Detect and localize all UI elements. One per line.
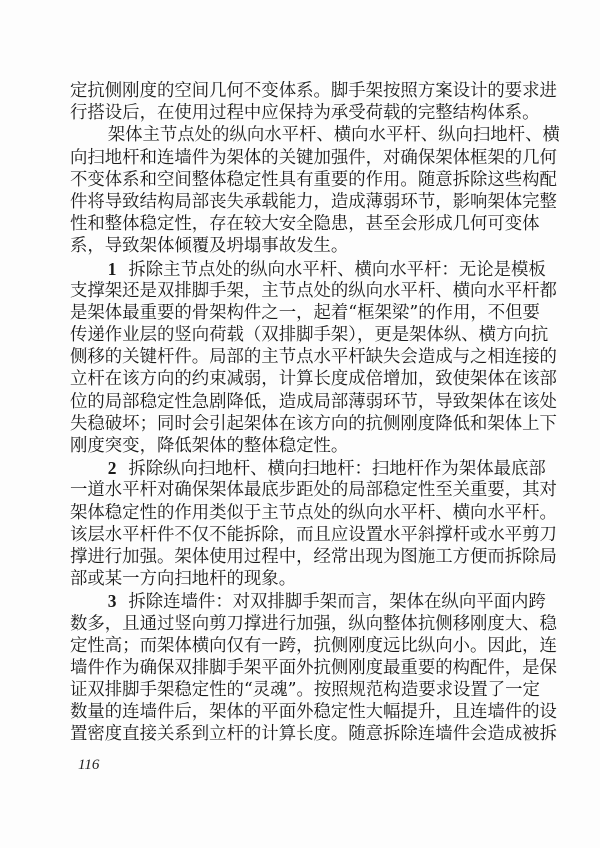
text-line: 性和整体稳定性，存在较大安全隐患，甚至会形成几何可变体 [70,213,485,235]
text-line: 是架体最重要的骨架构件之一，起着“框架梁”的作用，不但要 [70,302,485,324]
page-number: 116 [78,757,99,774]
text-line: 架体主节点处的纵向水平杆、横向水平杆、纵向扫地杆、横 [70,124,485,146]
text-line: 行搭设后，在使用过程中应保持为承受荷载的完整结构体系。 [70,102,485,124]
text-line: 置密度直接关系到立杆的计算长度。随意拆除连墙件会造成被拆 [70,723,485,745]
text-line: 侧移的关键杆件。局部的主节点水平杆缺失会造成与之相连接的 [70,346,485,368]
numbered-item-2: 2拆除纵向扫地杆、横向扫地杆：扫地杆作为架体最底部 一道水平杆对确保架体最底步距… [70,457,485,590]
text-line: 件将导致结构局部丧失承载能力，造成薄弱环节，影响架体完整 [70,191,485,213]
text-line: 定抗侧刚度的空间几何不变体系。脚手架按照方案设计的要求进 [70,80,485,102]
text-line: 证双排脚手架稳定性的“灵魂”。按照规范构造要求设置了一定 [70,679,485,701]
item-number: 3 [108,591,117,611]
text-line: 部或某一方向扫地杆的现象。 [70,568,485,590]
item-heading-text: 拆除纵向扫地杆、横向扫地杆：扫地杆作为架体最底部 [128,459,545,479]
text-line: 数多，且通过竖向剪刀撑进行加强，纵向整体抗侧移刚度大、稳 [70,613,485,635]
item-heading-text: 拆除主节点处的纵向水平杆、横向水平杆：无论是模板 [128,260,545,280]
text-line: 一道水平杆对确保架体最底步距处的局部稳定性至关重要，其对 [70,479,485,501]
text-line: 2拆除纵向扫地杆、横向扫地杆：扫地杆作为架体最底部 [70,457,485,479]
text-line: 传递作业层的竖向荷载（双排脚手架），更是架体纵、横方向抗 [70,324,485,346]
text-line: 不变体系和空间整体稳定性具有重要的作用。随意拆除这些构配 [70,169,485,191]
body-text: 定抗侧刚度的空间几何不变体系。脚手架按照方案设计的要求进 行搭设后，在使用过程中… [70,80,485,746]
item-number: 1 [108,259,117,279]
text-line: 失稳破坏；同时会引起架体在该方向的抗侧刚度降低和架体上下 [70,413,485,435]
item-heading-text: 拆除连墙件：对双排脚手架而言，架体在纵向平面内跨 [128,592,545,612]
text-line: 刚度突变，降低架体的整体稳定性。 [70,435,485,457]
paragraph-continuation: 定抗侧刚度的空间几何不变体系。脚手架按照方案设计的要求进 行搭设后，在使用过程中… [70,80,485,124]
text-line: 该层水平杆件不仅不能拆除，而且应设置水平斜撑杆或水平剪刀 [70,524,485,546]
text-line: 系，导致架体倾覆及坍塌事故发生。 [70,235,485,257]
numbered-item-3: 3拆除连墙件：对双排脚手架而言，架体在纵向平面内跨 数多，且通过竖向剪刀撑进行加… [70,590,485,745]
text-line: 3拆除连墙件：对双排脚手架而言，架体在纵向平面内跨 [70,590,485,612]
numbered-item-1: 1拆除主节点处的纵向水平杆、横向水平杆：无论是模板 支撑架还是双排脚手架，主节点… [70,258,485,458]
text-line: 架体稳定性的作用类似于主节点处的纵向水平杆、横向水平杆。 [70,502,485,524]
paragraph-key-components: 架体主节点处的纵向水平杆、横向水平杆、纵向扫地杆、横 向扫地杆和连墙件为架体的关… [70,124,485,257]
text-line: 定性高；而架体横向仅有一跨，抗侧刚度远比纵向小。因此，连 [70,635,485,657]
text-line: 立杆在该方向的约束减弱，计算长度成倍增加，致使架体在该部 [70,368,485,390]
text-line: 向扫地杆和连墙件为架体的关键加强件，对确保架体框架的几何 [70,147,485,169]
text-line: 1拆除主节点处的纵向水平杆、横向水平杆：无论是模板 [70,258,485,280]
item-number: 2 [108,458,117,478]
text-line: 数量的连墙件后，架体的平面外稳定性大幅提升，且连墙件的设 [70,701,485,723]
text-line: 位的局部稳定性急剧降低，造成局部薄弱环节，导致架体在该处 [70,391,485,413]
document-page: 定抗侧刚度的空间几何不变体系。脚手架按照方案设计的要求进 行搭设后，在使用过程中… [0,0,600,848]
text-line: 撑进行加强。架体使用过程中，经常出现为图施工方便而拆除局 [70,546,485,568]
text-line: 支撑架还是双排脚手架，主节点处的纵向水平杆、横向水平杆都 [70,280,485,302]
text-line: 墙件作为确保双排脚手架平面外抗侧刚度最重要的构配件，是保 [70,657,485,679]
